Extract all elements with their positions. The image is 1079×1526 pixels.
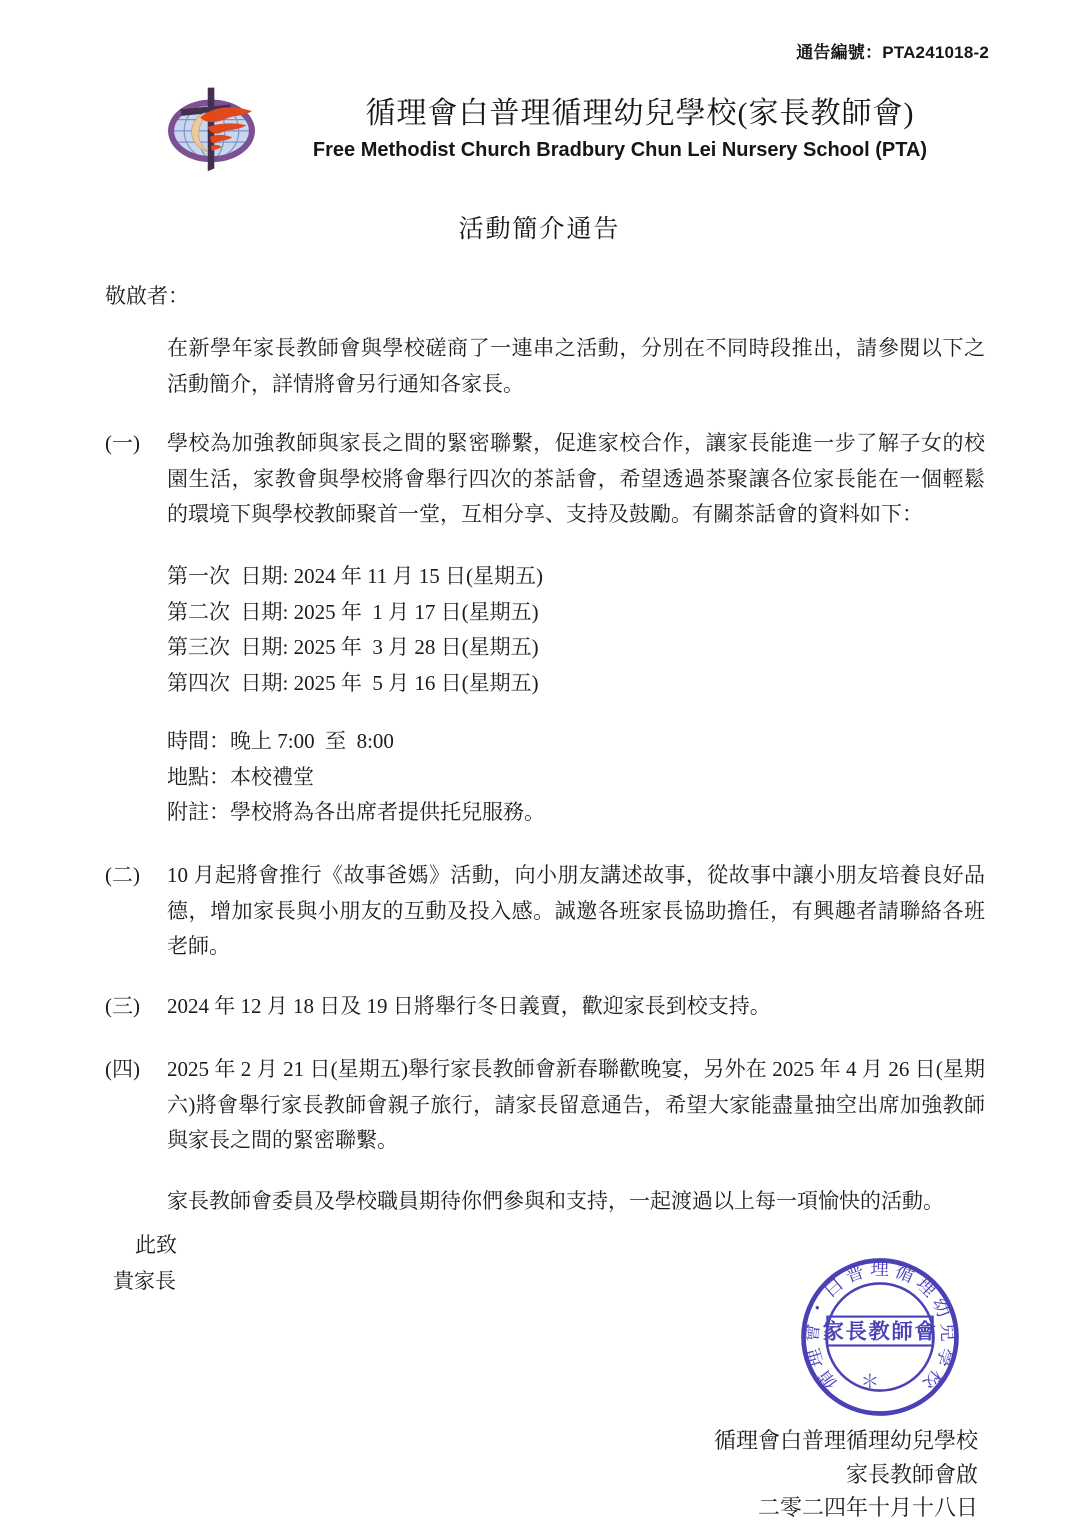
- item-text: 2025 年 2 月 21 日(星期五)舉行家長教師會新春聯歡晚宴，另外在 20…: [167, 1052, 985, 1159]
- valediction: 此致 貴家長: [113, 1228, 177, 1299]
- salutation: 敬啟者：: [105, 279, 189, 315]
- tea-info-line: 地點：本校禮堂: [167, 760, 545, 796]
- stamp-star: ＊: [860, 1372, 879, 1393]
- tea-date-line: 第二次 日期: 2025 年 1 月 17 日(星期五): [167, 595, 543, 631]
- tea-info-line: 時間：晚上 7:00 至 8:00: [167, 724, 545, 760]
- valediction-line: 此致: [113, 1228, 177, 1264]
- valediction-line: 貴家長: [113, 1264, 177, 1300]
- signature-line: 家長教師會啟: [714, 1458, 978, 1492]
- document-title: 活動簡介通告: [0, 209, 1079, 245]
- tea-dates-list: 第一次 日期: 2024 年 11 月 15 日(星期五) 第二次 日期: 20…: [167, 559, 543, 701]
- school-logo-icon: [162, 82, 261, 176]
- signature-line: 二零二四年十月十八日: [714, 1491, 978, 1525]
- pta-stamp: 循理會・白普理循理幼兒學校 家長教師會 ＊: [795, 1252, 965, 1422]
- item-text: 10 月起將會推行《故事爸媽》活動，向小朋友講述故事，從故事中讓小朋友培養良好品…: [167, 858, 985, 965]
- intro-paragraph: 在新學年家長教師會與學校磋商了一連串之活動，分別在不同時段推出，請參閱以下之活動…: [167, 331, 985, 402]
- closing-paragraph: 家長教師會委員及學校職員期待你們參與和支持，一起渡過以上每一項愉快的活動。: [167, 1184, 985, 1220]
- tea-date-line: 第一次 日期: 2024 年 11 月 15 日(星期五): [167, 559, 543, 595]
- item-label: (二): [105, 858, 167, 965]
- item-label: (四): [105, 1052, 167, 1159]
- tea-info-list: 時間：晚上 7:00 至 8:00 地點：本校禮堂 附註：學校將為各出席者提供托…: [167, 724, 545, 831]
- tea-date-line: 第四次 日期: 2025 年 5 月 16 日(星期五): [167, 666, 543, 702]
- list-item-1: (一) 學校為加強教師與家長之間的緊密聯繫，促進家校合作，讓家長能進一步了解子女…: [105, 426, 985, 533]
- signature-line: 循理會白普理循理幼兒學校: [714, 1424, 978, 1458]
- school-name-zh: 循理會白普理循理幼兒學校(家長教師會): [280, 88, 1000, 132]
- school-name-en: Free Methodist Church Bradbury Chun Lei …: [250, 139, 990, 162]
- item-label: (三): [105, 989, 167, 1025]
- item-text: 學校為加強教師與家長之間的緊密聯繫，促進家校合作，讓家長能進一步了解子女的校園生…: [167, 426, 985, 533]
- list-item-3: (三) 2024 年 12 月 18 日及 19 日將舉行冬日義賣，歡迎家長到校…: [105, 989, 985, 1025]
- tea-date-line: 第三次 日期: 2025 年 3 月 28 日(星期五): [167, 630, 543, 666]
- notice-number: 通告編號：PTA241018-2: [796, 38, 989, 63]
- stamp-center-text: 家長教師會: [823, 1319, 938, 1344]
- signature-block: 循理會白普理循理幼兒學校 家長教師會啟 二零二四年十月十八日: [714, 1424, 978, 1525]
- tea-info-line: 附註：學校將為各出席者提供托兒服務。: [167, 795, 545, 831]
- item-label: (一): [105, 426, 167, 533]
- list-item-4: (四) 2025 年 2 月 21 日(星期五)舉行家長教師會新春聯歡晚宴，另外…: [105, 1052, 985, 1159]
- item-text: 2024 年 12 月 18 日及 19 日將舉行冬日義賣，歡迎家長到校支持。: [167, 989, 985, 1025]
- notice-document: 通告編號：PTA241018-2: [0, 0, 1079, 1526]
- list-item-2: (二) 10 月起將會推行《故事爸媽》活動，向小朋友講述故事，從故事中讓小朋友培…: [105, 858, 985, 965]
